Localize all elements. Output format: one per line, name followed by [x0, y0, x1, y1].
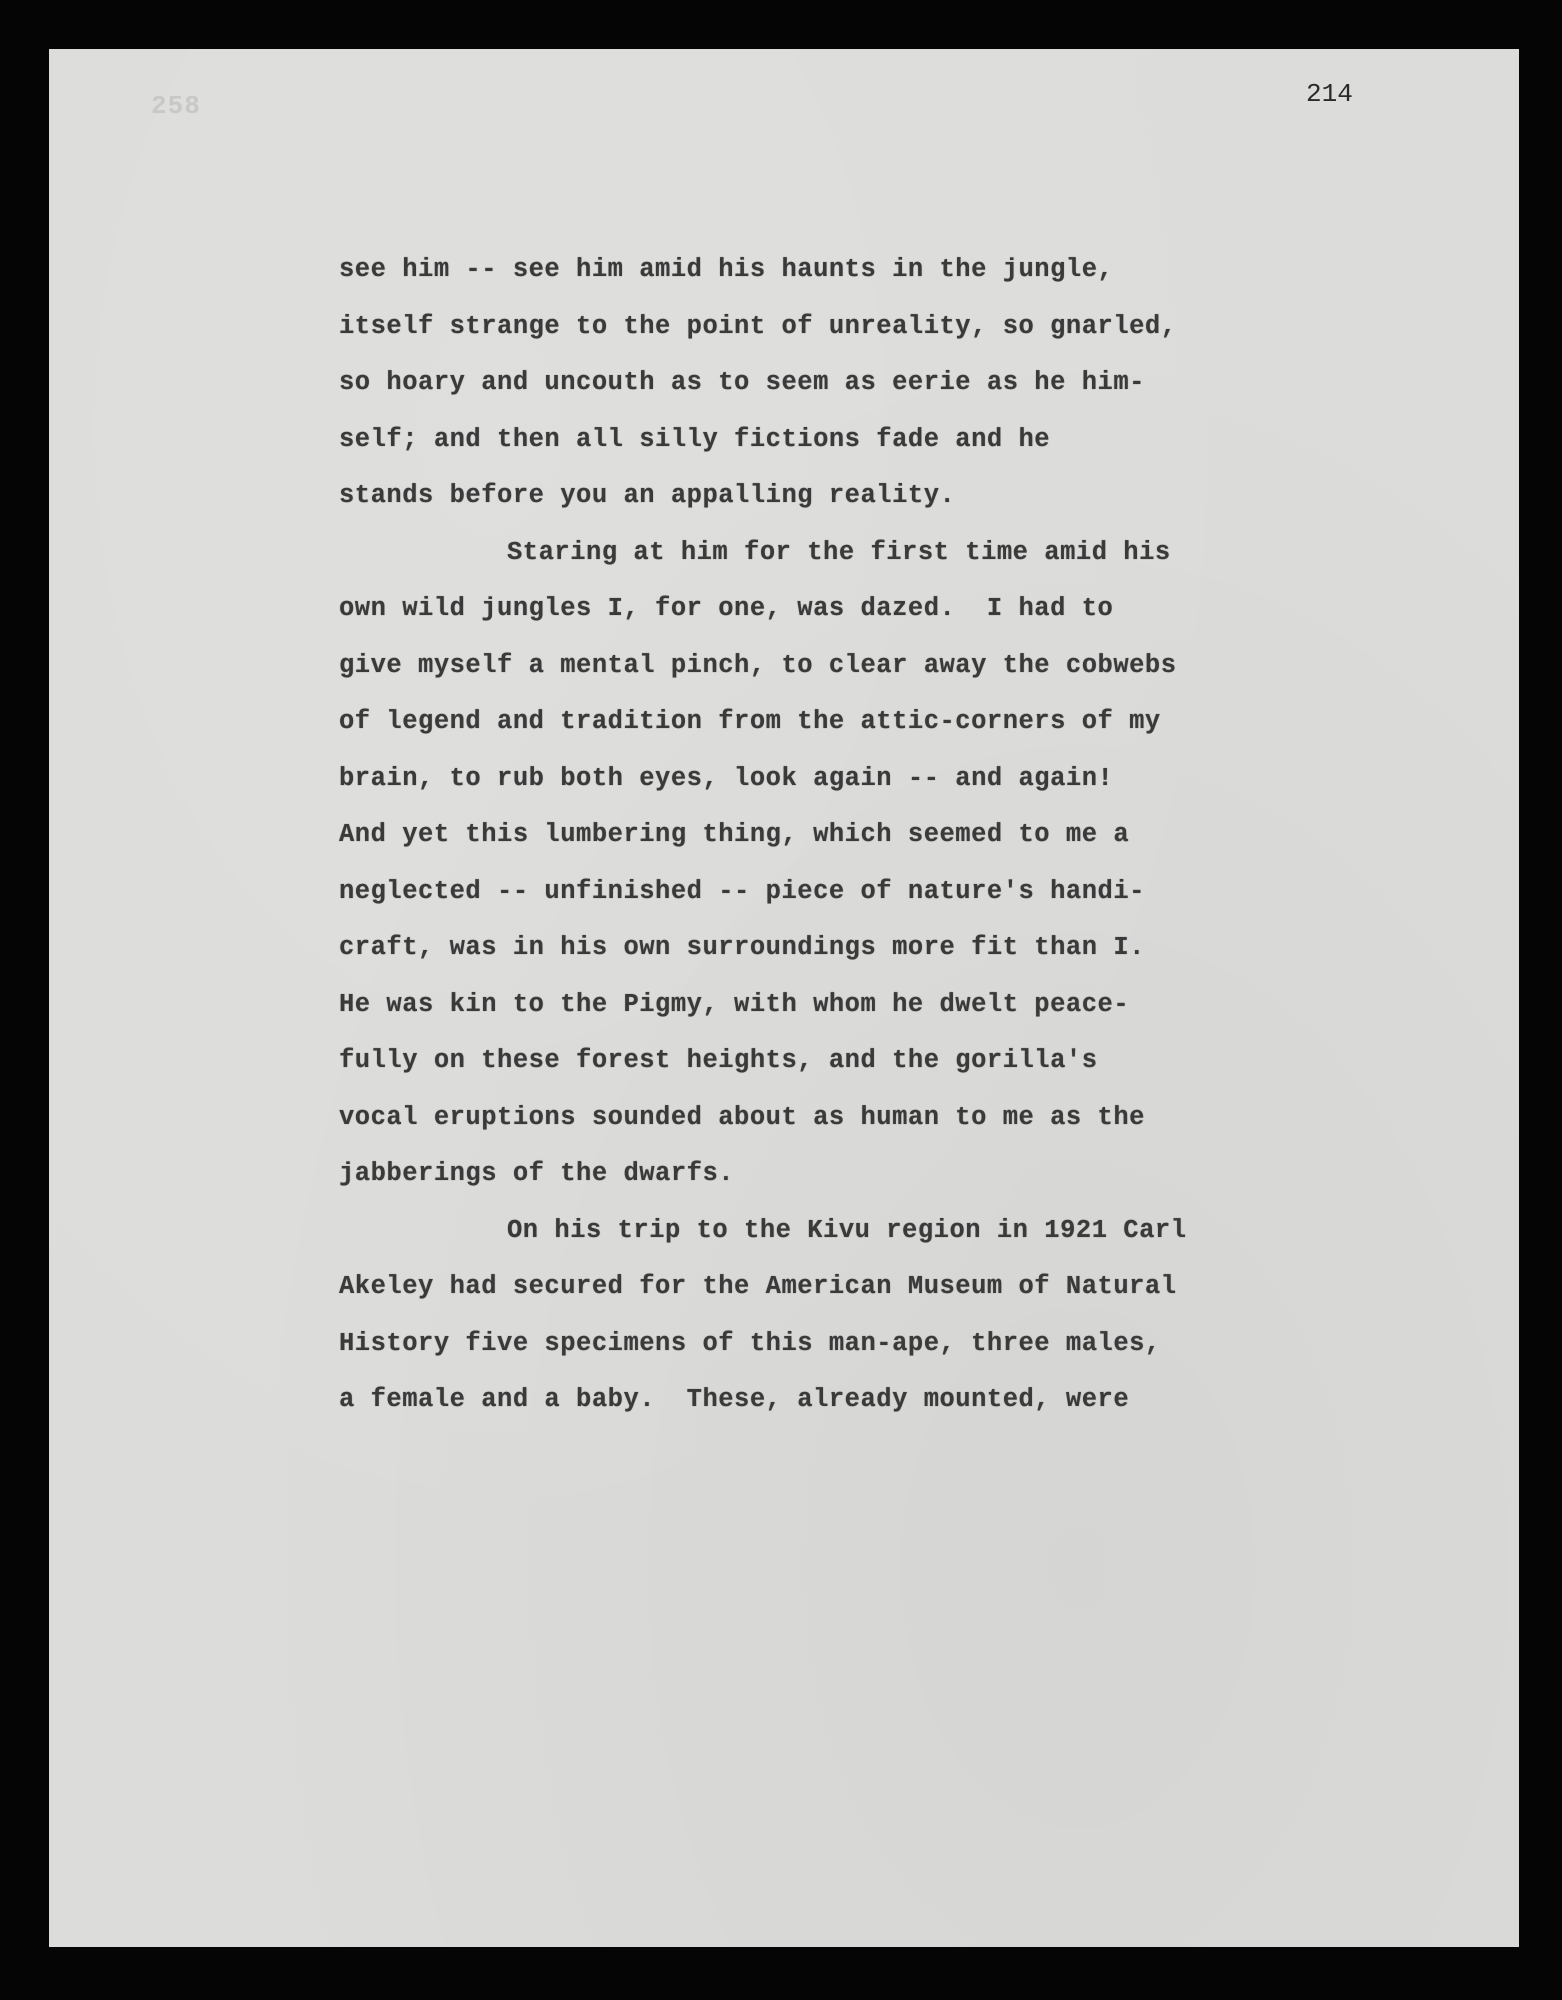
text-line: a female and a baby. These, already moun… — [339, 1372, 1339, 1429]
text-line: vocal eruptions sounded about as human t… — [339, 1090, 1339, 1147]
faded-page-number: 258 — [151, 91, 201, 121]
text-line: give myself a mental pinch, to clear awa… — [339, 638, 1339, 695]
text-line: And yet this lumbering thing, which seem… — [339, 807, 1339, 864]
text-line: of legend and tradition from the attic-c… — [339, 694, 1339, 751]
text-line: Staring at him for the first time amid h… — [339, 525, 1339, 582]
text-line: brain, to rub both eyes, look again -- a… — [339, 751, 1339, 808]
text-line: On his trip to the Kivu region in 1921 C… — [339, 1203, 1339, 1260]
text-line: neglected -- unfinished -- piece of natu… — [339, 864, 1339, 921]
text-line: History five specimens of this man-ape, … — [339, 1316, 1339, 1373]
page-number: 214 — [1306, 79, 1353, 109]
text-line: jabberings of the dwarfs. — [339, 1146, 1339, 1203]
text-line: self; and then all silly fictions fade a… — [339, 412, 1339, 469]
text-line: craft, was in his own surroundings more … — [339, 920, 1339, 977]
text-line: see him -- see him amid his haunts in th… — [339, 242, 1339, 299]
text-line: fully on these forest heights, and the g… — [339, 1033, 1339, 1090]
text-line: own wild jungles I, for one, was dazed. … — [339, 581, 1339, 638]
body-text: see him -- see him amid his haunts in th… — [339, 242, 1339, 1429]
text-line: He was kin to the Pigmy, with whom he dw… — [339, 977, 1339, 1034]
text-line: so hoary and uncouth as to seem as eerie… — [339, 355, 1339, 412]
text-line: itself strange to the point of unreality… — [339, 299, 1339, 356]
text-line: stands before you an appalling reality. — [339, 468, 1339, 525]
text-line: Akeley had secured for the American Muse… — [339, 1259, 1339, 1316]
